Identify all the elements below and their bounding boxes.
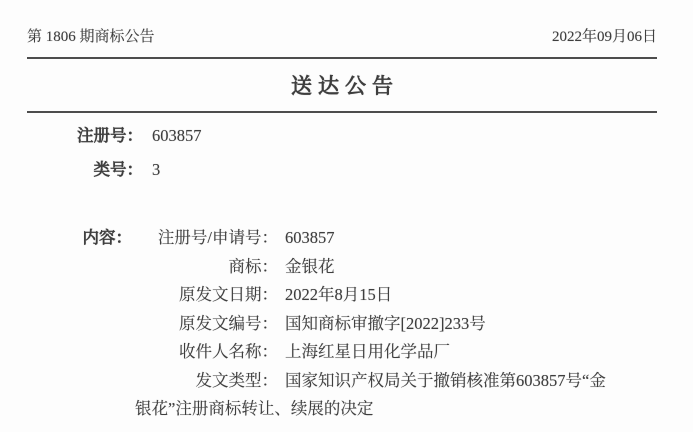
field-row-recipient-name: 收件人名称： 上海红星日用化学品厂 xyxy=(132,338,657,367)
notice-content-section: 内容： 注册号/申请号： 603857 商标： 金银花 原发文日期： 2022年… xyxy=(27,224,657,424)
notice-title: 送达公告 xyxy=(27,75,657,97)
registration-number-row: 注册号： 603857 xyxy=(27,127,657,144)
field-row-document-type: 发文类型： 国家知识产权局关于撤销核准第603857号“金 xyxy=(132,367,657,396)
class-number-value: 3 xyxy=(152,161,160,178)
field-row-trademark: 商标： 金银花 xyxy=(132,253,657,282)
field-value: 2022年8月15日 xyxy=(285,281,392,310)
field-value: 金银花 xyxy=(285,253,335,282)
gazette-issue-label: 第 1806 期商标公告 xyxy=(27,30,155,45)
content-field-list: 注册号/申请号： 603857 商标： 金银花 原发文日期： 2022年8月15… xyxy=(132,224,657,424)
field-value-line-1: 国家知识产权局关于撤销核准第603857号“金 xyxy=(285,367,606,396)
gazette-date-label: 2022年09月06日 xyxy=(552,30,657,45)
registration-number-label: 注册号： xyxy=(27,127,143,144)
field-value: 国知商标审撤字[2022]233号 xyxy=(285,310,486,339)
field-value: 603857 xyxy=(285,224,335,253)
class-number-row: 类号： 3 xyxy=(27,161,657,178)
registration-summary: 注册号： 603857 类号： 3 xyxy=(27,127,657,178)
registration-number-value: 603857 xyxy=(152,127,202,144)
field-row-original-issue-date: 原发文日期： 2022年8月15日 xyxy=(132,281,657,310)
field-row-original-document-number: 原发文编号： 国知商标审撤字[2022]233号 xyxy=(132,310,657,339)
field-label: 商标： xyxy=(132,253,278,282)
field-label: 原发文日期： xyxy=(132,281,278,310)
field-label: 原发文编号： xyxy=(132,310,278,339)
field-value: 上海红星日用化学品厂 xyxy=(285,338,450,367)
field-label: 发文类型： xyxy=(132,367,278,396)
field-row-application-number: 注册号/申请号： 603857 xyxy=(132,224,657,253)
content-section-label: 内容： xyxy=(27,224,132,424)
header-divider-rule xyxy=(27,57,657,59)
page-header: 第 1806 期商标公告 2022年09月06日 xyxy=(27,30,657,45)
gazette-notice-page: 第 1806 期商标公告 2022年09月06日 送达公告 注册号： 60385… xyxy=(0,0,693,432)
class-number-label: 类号： xyxy=(27,161,143,178)
field-value-line-2: 银花”注册商标转让、续展的决定 xyxy=(135,395,657,424)
field-label: 收件人名称： xyxy=(132,338,278,367)
title-divider-rule xyxy=(27,111,657,113)
field-label: 注册号/申请号： xyxy=(132,224,278,253)
